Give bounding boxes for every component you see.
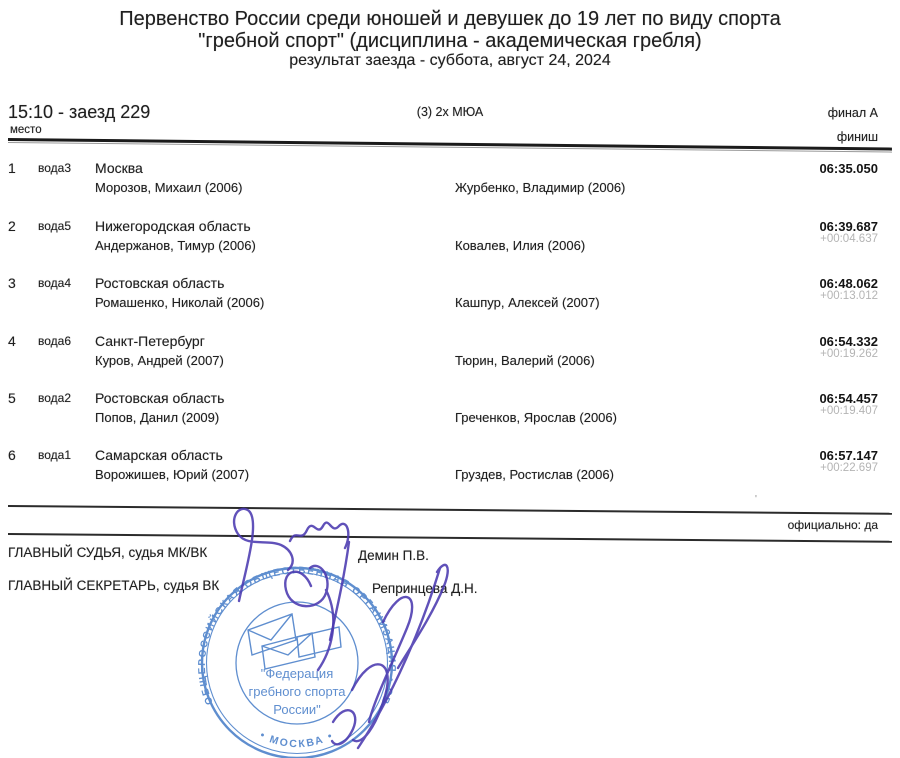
chief-secretary-name: Репринцева Д.Н.	[372, 581, 478, 596]
time-diff-cell: +00:19.407	[820, 405, 878, 417]
stamp-center-line1: "Федерация	[261, 666, 333, 681]
rower2-cell: Груздев, Ростислав (2006)	[455, 467, 614, 482]
place-cell: 2	[8, 218, 16, 234]
page-title: Первенство России среди юношей и девушек…	[0, 8, 900, 31]
place-cell: 6	[8, 447, 16, 463]
finish-time-cell: 06:54.332	[819, 334, 878, 349]
chief-secretary-role: ГЛАВНЫЙ СЕКРЕТАРЬ, судья ВК	[8, 578, 219, 593]
lane-cell: вода1	[38, 448, 71, 462]
footer-divider-top	[8, 505, 892, 515]
footer-divider-bottom	[8, 533, 892, 543]
page-subtitle: "гребной спорт" (дисциплина - академичес…	[0, 30, 900, 53]
rower2-cell: Ковалев, Илия (2006)	[455, 238, 585, 253]
svg-text:• МОСКВА •: • МОСКВА •	[258, 729, 336, 750]
chief-judge-role: ГЛАВНЫЙ СУДЬЯ, судья МК/ВК	[8, 545, 207, 560]
time-diff-cell: +00:19.262	[820, 348, 878, 360]
place-cell: 4	[8, 333, 16, 349]
lane-cell: вода4	[38, 276, 71, 290]
rower1-cell: Куров, Андрей (2007)	[95, 353, 224, 368]
official-status: официально: да	[788, 518, 878, 532]
club-cell: Самарская область	[95, 447, 223, 463]
rower2-cell: Греченков, Ярослав (2006)	[455, 410, 617, 425]
time-diff-cell: +00:22.697	[820, 462, 878, 474]
rower2-cell: Кашпур, Алексей (2007)	[455, 295, 600, 310]
results-sheet: Первенство России среди юношей и девушек…	[0, 0, 900, 758]
chief-judge-name: Демин П.В.	[358, 548, 429, 563]
scan-speck: '	[755, 494, 757, 505]
place-column-label: место	[10, 124, 42, 136]
finish-time-cell: 06:39.687	[819, 219, 878, 234]
time-diff-cell: +00:13.012	[820, 290, 878, 302]
club-cell: Санкт-Петербург	[95, 333, 205, 349]
club-cell: Ростовская область	[95, 275, 224, 291]
table-row: 1 вода3 Москва Морозов, Михаил (2006) Жу…	[0, 160, 900, 216]
table-row: 4 вода6 Санкт-Петербург Куров, Андрей (2…	[0, 333, 900, 389]
finish-time-cell: 06:57.147	[819, 448, 878, 463]
rower1-cell: Попов, Данил (2009)	[95, 410, 219, 425]
stamp-bottom-text: • МОСКВА •	[258, 729, 336, 750]
table-row: 3 вода4 Ростовская область Ромашенко, Ни…	[0, 275, 900, 331]
finish-time-cell: 06:54.457	[819, 391, 878, 406]
finish-column-label: финиш	[837, 130, 878, 144]
secretary-signature	[285, 566, 333, 670]
rower1-cell: Андержанов, Тимур (2006)	[95, 238, 256, 253]
club-cell: Москва	[95, 160, 143, 176]
lane-cell: вода2	[38, 391, 71, 405]
final-label: финал А	[828, 106, 878, 120]
time-diff-cell: +00:04.637	[820, 233, 878, 245]
stamp-center-line2: гребного спорта	[249, 684, 347, 699]
table-row: 6 вода1 Самарская область Ворожишев, Юри…	[0, 447, 900, 503]
table-row: 2 вода5 Нижегородская область Андержанов…	[0, 218, 900, 274]
rower1-cell: Морозов, Михаил (2006)	[95, 180, 242, 195]
club-cell: Нижегородская область	[95, 218, 251, 234]
judge-signature	[234, 509, 349, 640]
finish-time-cell: 06:35.050	[819, 161, 878, 176]
place-cell: 3	[8, 275, 16, 291]
finish-time-cell: 06:48.062	[819, 276, 878, 291]
rower1-cell: Ромашенко, Николай (2006)	[95, 295, 264, 310]
lane-cell: вода6	[38, 334, 71, 348]
lane-cell: вода3	[38, 161, 71, 175]
rower2-cell: Тюрин, Валерий (2006)	[455, 353, 595, 368]
place-cell: 1	[8, 160, 16, 176]
lane-cell: вода5	[38, 219, 71, 233]
rower2-cell: Журбенко, Владимир (2006)	[455, 180, 625, 195]
rower1-cell: Ворожишев, Юрий (2007)	[95, 467, 249, 482]
club-cell: Ростовская область	[95, 390, 224, 406]
event-class-label: (3) 2х МЮА	[0, 105, 900, 119]
table-row: 5 вода2 Ростовская область Попов, Данил …	[0, 390, 900, 446]
place-cell: 5	[8, 390, 16, 406]
result-date-line: результат заезда - суббота, август 24, 2…	[0, 52, 900, 70]
stamp-center-line3: России"	[273, 702, 321, 717]
